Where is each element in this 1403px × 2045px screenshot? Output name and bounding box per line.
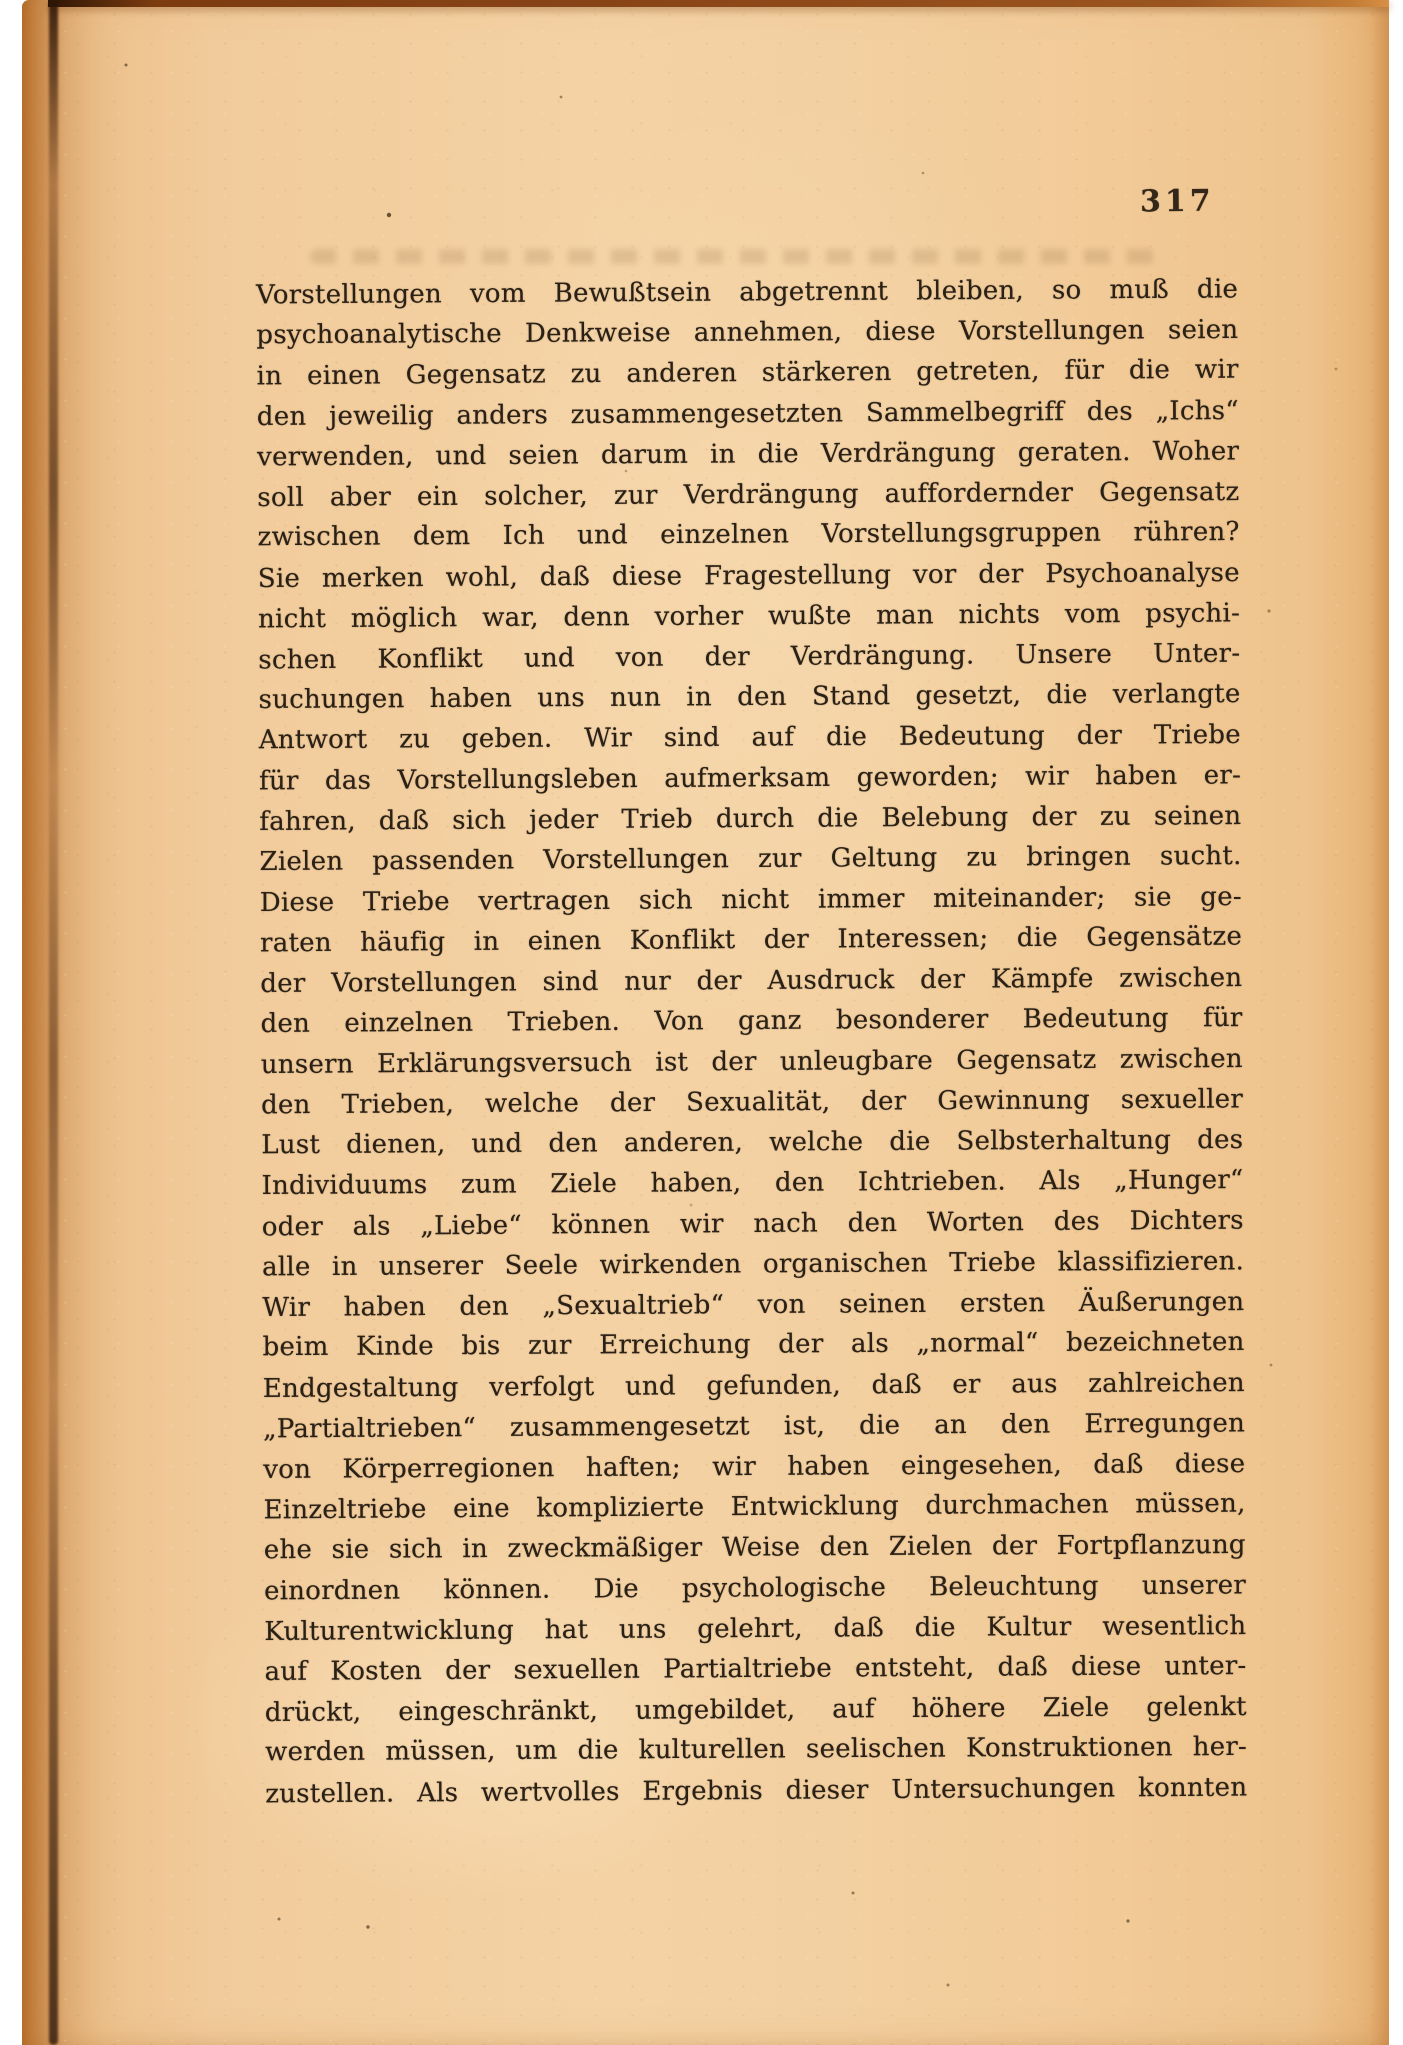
- ink-bleed-through: [310, 249, 1156, 264]
- text-line: Diese Triebe vertragen sich nicht immer …: [260, 876, 1242, 922]
- text-line: nicht möglich war, denn vorher wußte man…: [258, 593, 1240, 639]
- text-line: auf Kosten der sexuellen Partialtriebe e…: [264, 1646, 1246, 1692]
- text-line: den Trieben, welche der Sexualität, der …: [261, 1079, 1243, 1125]
- text-line: „Partialtrieben“ zusammengesetzt ist, di…: [263, 1403, 1245, 1449]
- text-line: Lust dienen, und den anderen, welche die…: [261, 1119, 1243, 1165]
- text-line: für das Vorstellungsleben aufmerksam gew…: [259, 755, 1241, 801]
- book-page: 317 Vorstellungen vom Bewußtsein abgetre…: [22, 0, 1389, 2045]
- text-line: schen Konflikt und von der Verdrängung. …: [258, 633, 1240, 680]
- text-line: raten häufig in einen Konflikt der Inter…: [260, 917, 1242, 964]
- text-block: Vorstellungen vom Bewußtsein abgetrennt …: [256, 269, 1247, 1814]
- text-line: suchungen haben uns nun in den Stand ges…: [258, 674, 1240, 720]
- text-line: der Vorstellungen sind nur der Ausdruck …: [260, 957, 1242, 1003]
- text-line: fahren, daß sich jeder Trieb durch die B…: [259, 795, 1241, 841]
- text-line: oder als „Liebe“ können wir nach den Wor…: [262, 1200, 1244, 1247]
- text-line: Einzeltriebe eine komplizierte Entwicklu…: [263, 1484, 1245, 1531]
- text-line: Wir haben den „Sexualtrieb“ von seinen e…: [262, 1281, 1244, 1327]
- page-top-edge-shadow: [48, 0, 1389, 7]
- text-line: ehe sie sich in zweckmäßiger Weise den Z…: [264, 1524, 1246, 1570]
- text-line: Antwort zu geben. Wir sind auf die Bedeu…: [259, 714, 1241, 760]
- text-line: von Körperregionen haften; wir haben ein…: [263, 1443, 1245, 1489]
- text-line: beim Kinde bis zur Erreichung der als „n…: [262, 1322, 1244, 1368]
- paper-specks: [22, 0, 24, 2]
- text-line: in einen Gegensatz zu anderen stärkeren …: [256, 350, 1238, 397]
- page-number: 317: [1140, 184, 1215, 220]
- text-line: drückt, eingeschränkt, umgebildet, auf h…: [265, 1686, 1247, 1732]
- text-line: zustellen. Als wertvolles Ergebnis diese…: [265, 1767, 1247, 1814]
- text-line: alle in unserer Seele wirkenden organisc…: [262, 1241, 1244, 1287]
- text-line: unsern Erklärungsversuch ist der unleugb…: [261, 1038, 1243, 1084]
- text-line: den einzelnen Trieben. Von ganz besonder…: [260, 998, 1242, 1044]
- book-page-scan: 317 Vorstellungen vom Bewußtsein abgetre…: [0, 0, 1403, 2045]
- text-line: Zielen passenden Vorstellungen zur Geltu…: [259, 836, 1241, 882]
- text-line: Endgestaltung verfolgt und gefunden, daß…: [263, 1362, 1245, 1408]
- text-line: einordnen können. Die psychologische Bel…: [264, 1565, 1246, 1611]
- text-line: den jeweilig anders zusammengesetzten Sa…: [257, 390, 1239, 436]
- text-line: soll aber ein solcher, zur Verdrängung a…: [257, 471, 1239, 517]
- text-line: zwischen dem Ich und einzelnen Vorstellu…: [258, 512, 1240, 558]
- text-line: psychoanalytische Denkweise annehmen, di…: [256, 309, 1238, 355]
- text-line: Individuums zum Ziele haben, den Ichtrie…: [261, 1160, 1243, 1206]
- text-line: Sie merken wohl, daß diese Fragestellung…: [258, 552, 1240, 598]
- text-line: Vorstellungen vom Bewußtsein abgetrennt …: [256, 269, 1238, 315]
- text-line: Kulturentwicklung hat uns gelehrt, daß d…: [264, 1605, 1246, 1651]
- text-line: verwenden, und seien darum in die Verdrä…: [257, 431, 1239, 477]
- text-line: werden müssen, um die kulturellen seelis…: [265, 1727, 1247, 1773]
- binding-crease: [49, 0, 58, 2045]
